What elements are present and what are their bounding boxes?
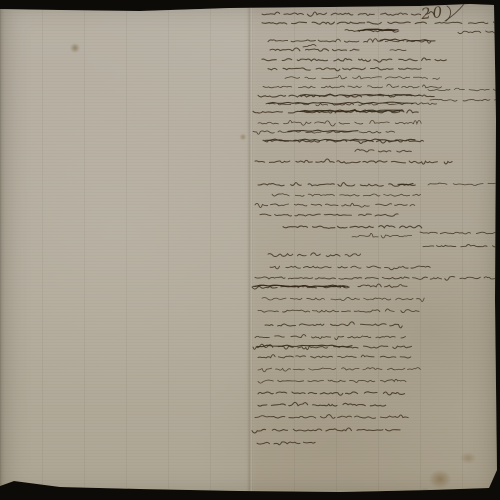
- handwriting-line: [257, 442, 315, 445]
- strikethrough-stroke: [265, 139, 415, 141]
- handwriting-line: [420, 232, 500, 234]
- scanned-page-background: 20: [0, 0, 500, 500]
- handwriting-line: [255, 335, 405, 340]
- handwriting-line: [258, 309, 419, 313]
- handwriting-line: [255, 159, 452, 164]
- handwriting-line: [258, 392, 405, 395]
- handwriting-line: [262, 297, 424, 301]
- handwriting-line: [458, 31, 498, 34]
- manuscript-page: 20: [0, 0, 500, 500]
- pen-flourish: [446, 6, 451, 21]
- handwriting-line: [262, 22, 426, 24]
- handwriting-line: [265, 322, 402, 328]
- handwriting-line: [285, 75, 440, 79]
- handwriting-line: [352, 233, 412, 238]
- handwriting-line: [258, 120, 421, 126]
- handwriting-line: [255, 415, 408, 419]
- handwriting-line: [428, 183, 500, 185]
- handwriting-line: [430, 99, 499, 101]
- handwriting-line: [260, 214, 398, 216]
- handwriting-line: [355, 149, 411, 152]
- handwriting-line: [252, 428, 400, 433]
- handwriting-line: [258, 183, 415, 187]
- handwriting-line: [268, 253, 361, 257]
- handwriting-line: [268, 39, 431, 43]
- handwriting-line: [390, 49, 406, 50]
- handwriting-line: [435, 22, 499, 24]
- strikethrough-stroke: [398, 184, 413, 185]
- handwriting-line: [358, 284, 407, 287]
- handwriting-line: [255, 203, 415, 207]
- handwriting-line: [428, 88, 498, 91]
- handwriting-line: [255, 276, 495, 280]
- handwriting-line: [258, 402, 386, 406]
- handwriting-line: [303, 44, 316, 46]
- handwriting-line: [258, 368, 420, 372]
- handwriting-line: [258, 355, 411, 358]
- handwriting-line: [270, 266, 430, 270]
- strikethrough-stroke: [257, 345, 352, 347]
- handwriting-layer: [0, 0, 500, 500]
- strikethrough-stroke: [268, 102, 413, 104]
- handwriting-line: [263, 84, 442, 88]
- handwriting-line: [270, 48, 359, 51]
- handwriting-line: [262, 12, 434, 17]
- handwriting-line: [258, 379, 406, 383]
- strikethrough-stroke: [288, 130, 358, 131]
- handwriting-line: [268, 68, 421, 71]
- handwriting-line: [262, 58, 446, 62]
- handwriting-line: [272, 194, 421, 196]
- handwriting-line: [423, 244, 500, 246]
- handwriting-line: [283, 225, 422, 228]
